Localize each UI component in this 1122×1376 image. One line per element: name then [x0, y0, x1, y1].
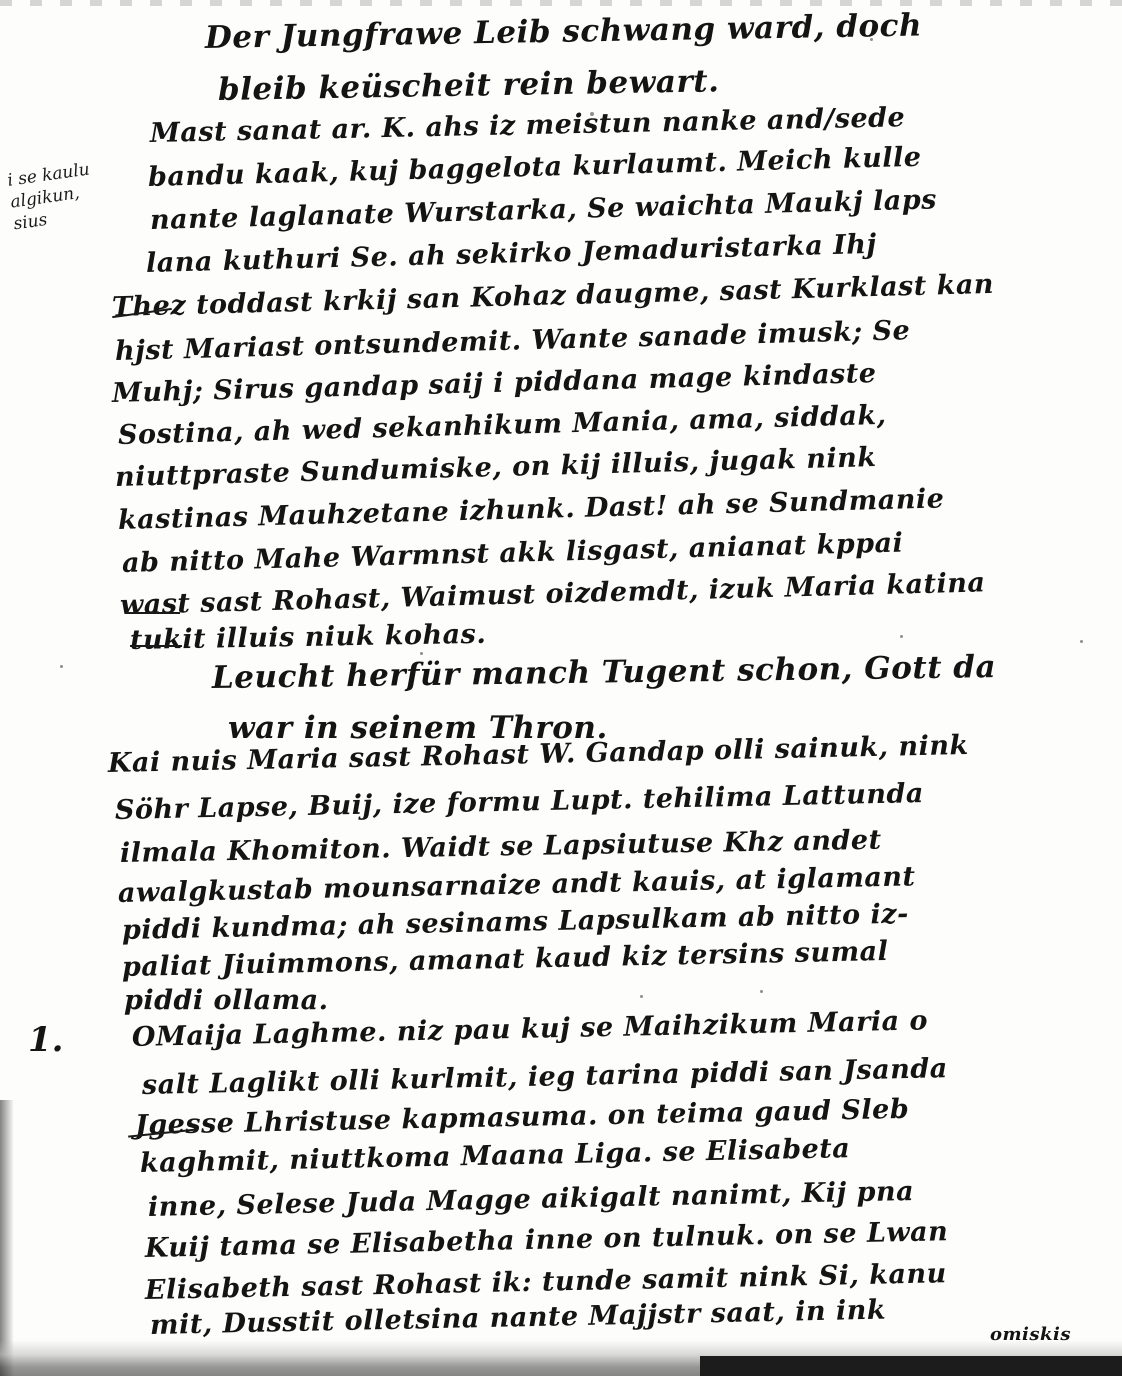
heading-line: Der Jungfrawe Leib schwang ward, doch	[205, 7, 923, 56]
text-line: tukit illuis niuk kohas.	[130, 619, 487, 656]
scan-speck	[1080, 640, 1083, 643]
scan-speck	[870, 38, 873, 41]
text-line: Mast sanat ar. K. ahs iz meistun nanke a…	[150, 102, 906, 149]
page-binding-shadow	[700, 1356, 1122, 1376]
text-line: lana kuthuri Se. ah sekirko Jemaduristar…	[146, 229, 878, 279]
text-line: Muhj; Sirus gandap saij i piddana mage k…	[112, 358, 877, 409]
text-line: salt Laglikt olli kurlmit, ieg tarina pi…	[142, 1053, 948, 1101]
text-line: omiskis	[990, 1324, 1071, 1345]
text-line: piddi ollama.	[124, 985, 329, 1016]
text-line: Sostina, ah wed sekanhikum Mania, ama, s…	[118, 400, 887, 451]
text-line: kastinas Mauhzetane izhunk. Dast! ah se …	[118, 483, 945, 536]
scan-speck	[900, 635, 903, 638]
text-line: bandu kaak, kuj baggelota kurlaumt. Meic…	[148, 142, 922, 193]
page-left-shadow	[0, 1100, 14, 1376]
scan-speck	[590, 112, 594, 116]
scan-speck	[420, 652, 423, 655]
text-line: Thez toddast krkij san Kohaz daugme, sas…	[112, 269, 995, 323]
strikethrough	[130, 645, 182, 647]
text-line: niuttpraste Sundumiske, on kij illuis, j…	[115, 442, 877, 493]
text-line: ilmala Khomiton. Waidt se Lapsiutuse Khz…	[120, 825, 882, 869]
scan-speck	[640, 995, 643, 998]
margin-note: i se kaulu algikun, sius	[6, 158, 97, 235]
text-line: nante laglanate Wurstarka, Se waichta Ma…	[150, 184, 938, 236]
heading-line: Leucht herfür manch Tugent schon, Gott d…	[212, 649, 997, 696]
text-line: inne, Selese Juda Magge aikigalt nanimt,…	[148, 1176, 915, 1223]
page-top-edge	[0, 0, 1122, 6]
text-line: kaghmit, niuttkoma Maana Liga. se Elisab…	[140, 1133, 851, 1179]
manuscript-page: Der Jungfrawe Leib schwang ward, doch bl…	[0, 0, 1122, 1376]
verse-number: 1.	[28, 1020, 64, 1060]
heading-line: bleib keüscheit rein bewart.	[218, 63, 720, 108]
scan-speck	[60, 665, 63, 668]
strikethrough	[125, 612, 180, 614]
text-line: ab nitto Mahe Warmnst akk lisgast, anian…	[122, 528, 904, 579]
scan-speck	[760, 990, 763, 993]
text-line: Kuij tama se Elisabetha inne on tulnuk. …	[145, 1216, 949, 1264]
text-line: Söhr Lapse, Buij, ize formu Lupt. tehili…	[115, 778, 925, 826]
